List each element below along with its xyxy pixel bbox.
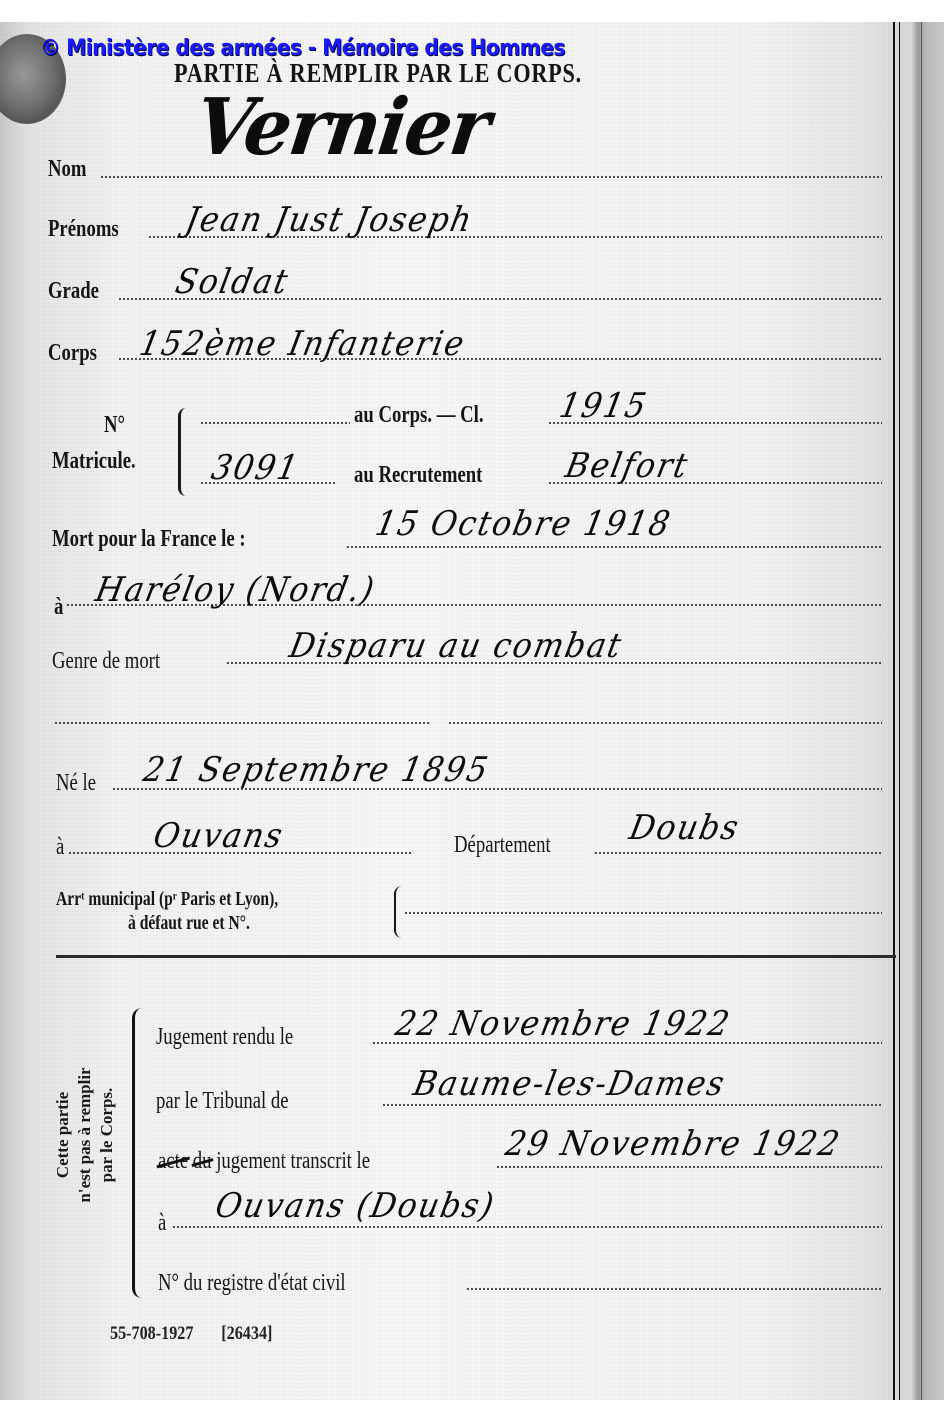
frame-border-line	[893, 22, 895, 1400]
nom-dotted-line	[100, 176, 882, 178]
tribunal-dotted-line	[382, 1104, 882, 1106]
frame-border-line	[921, 22, 922, 1400]
departement-value: Doubs	[626, 808, 743, 848]
nom-value: Vernier	[190, 82, 494, 173]
ne-le-label: Né le	[56, 770, 96, 797]
corps-label: Corps	[48, 340, 97, 367]
ne-le-value: 21 Septembre 1895	[140, 750, 493, 790]
frame-border-line	[899, 22, 900, 1400]
recrutement-place-value: Belfort	[562, 446, 692, 486]
lieu-naissance-label: à	[56, 834, 64, 861]
section-divider	[56, 955, 896, 958]
recrutement-number-value: 3091	[208, 448, 303, 488]
blank-dotted-line	[448, 722, 882, 724]
side-note-line: n'est pas à remplir	[74, 1030, 96, 1240]
arrondissement-brace	[394, 886, 404, 938]
struck-word: acte	[158, 1148, 188, 1175]
matricule-no-label: N°	[104, 412, 125, 439]
print-code-number: 55-708-1927	[110, 1323, 193, 1344]
tribunal-label: par le Tribunal de	[156, 1088, 289, 1115]
side-note: Cette partie n'est pas à remplir par le …	[52, 1080, 142, 1240]
departement-dotted-line	[594, 852, 882, 854]
matricule-label: Matricule.	[52, 448, 136, 475]
classe-value: 1915	[556, 386, 651, 426]
grade-value: Soldat	[172, 262, 292, 302]
print-code: 55-708-1927 [26434]	[110, 1323, 272, 1345]
genre-mort-label: Genre de mort	[52, 648, 160, 675]
jugement-lieu-dotted-line	[172, 1226, 882, 1228]
transcrit-label-text: jugement transcrit le	[216, 1148, 370, 1174]
print-reference: [26434]	[221, 1323, 272, 1344]
jugement-lieu-value: Ouvans (Doubs)	[212, 1186, 498, 1226]
arrondissement-dotted-line	[404, 912, 882, 914]
lieu-mort-label: à	[54, 594, 63, 621]
au-corps-label: au Corps. — Cl.	[354, 402, 484, 429]
tribunal-value: Baume-les-Dames	[410, 1064, 729, 1104]
blank-dotted-line	[54, 722, 430, 724]
registre-dotted-line	[466, 1288, 882, 1290]
prenoms-value: Jean Just Joseph	[182, 200, 476, 240]
arrondissement-label: Arrᵗ municipal (pʳ Paris et Lyon),	[56, 888, 278, 911]
jugement-lieu-label: à	[158, 1210, 166, 1237]
mort-date-value: 15 Octobre 1918	[372, 504, 675, 544]
page-binding-edge	[912, 22, 944, 1400]
registre-label: N° du registre d'état civil	[158, 1270, 346, 1297]
transcrit-label: acte du jugement transcrit le	[158, 1148, 370, 1175]
genre-mort-value: Disparu au combat	[286, 626, 626, 666]
mort-dotted-line	[346, 546, 882, 548]
departement-label: Département	[454, 832, 551, 859]
matricule-brace	[178, 408, 188, 496]
lieu-naissance-value: Ouvans	[150, 816, 287, 856]
au-corps-dotted-line	[200, 422, 350, 424]
prenoms-label: Prénoms	[48, 216, 119, 243]
jugement-rendu-value: 22 Novembre 1922	[392, 1004, 734, 1044]
nom-label: Nom	[48, 156, 86, 183]
lieu-mort-value: Haréloy (Nord.)	[92, 570, 379, 610]
grade-label: Grade	[48, 278, 99, 305]
transcrit-dotted-line	[496, 1166, 882, 1168]
arrondissement-label-line2: à défaut rue et N°.	[128, 912, 250, 935]
jugement-rendu-label: Jugement rendu le	[156, 1024, 293, 1051]
side-note-line: par le Corps.	[96, 1030, 118, 1240]
corps-value: 152ème Infanterie	[136, 324, 469, 364]
transcrit-value: 29 Novembre 1922	[502, 1124, 844, 1164]
side-note-line: Cette partie	[52, 1030, 74, 1240]
mort-label: Mort pour la France le :	[52, 526, 246, 553]
struck-word: du	[193, 1148, 212, 1175]
recrutement-label: au Recrutement	[354, 462, 482, 489]
